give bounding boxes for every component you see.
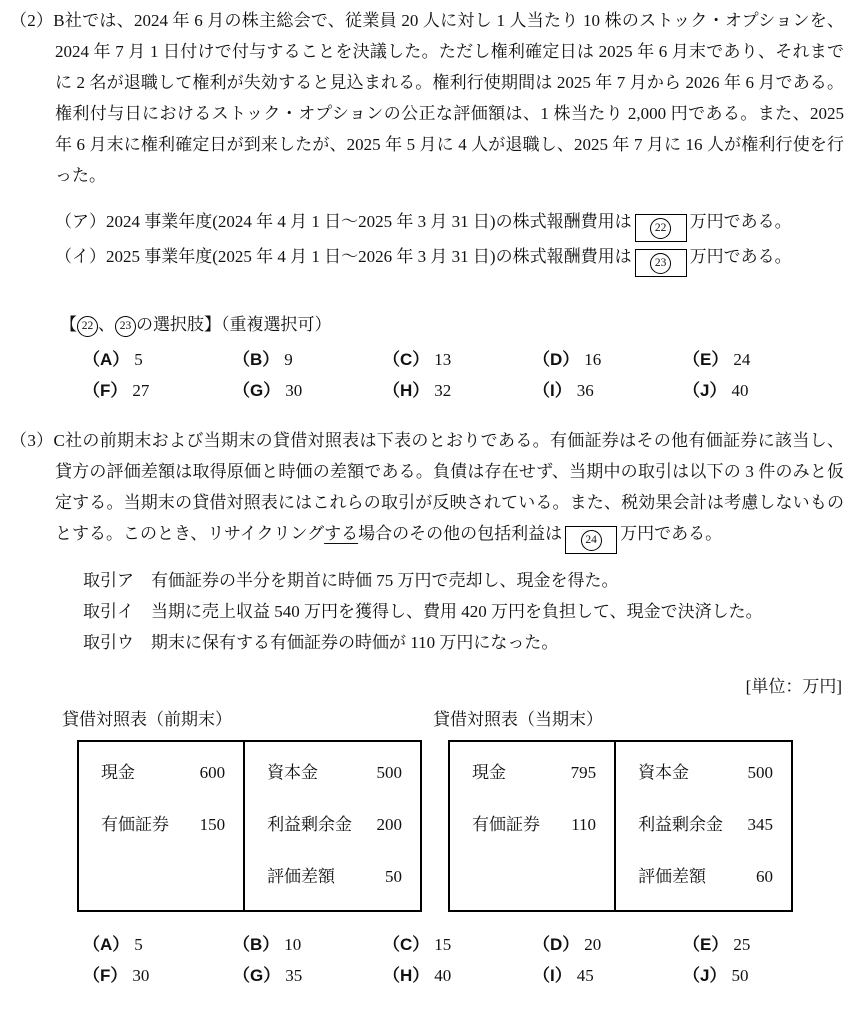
subitem-a-suffix: 万円である。 — [690, 212, 792, 231]
answer-box-23: 23 — [635, 249, 687, 277]
choices-header-note: （重複選択可） — [221, 315, 332, 334]
unit-label: [単位：万円] — [10, 672, 844, 703]
subitem-a-text: 2024 事業年度(2024 年 4 月 1 日～2025 年 3 月 31 日… — [106, 212, 632, 231]
subitem-a: （ア）2024 事業年度(2024 年 4 月 1 日～2025 年 3 月 3… — [10, 207, 844, 242]
transaction-i: 取引イ 当期に売上収益 540 万円を獲得し、費用 420 万円を負担して、現金… — [83, 597, 844, 628]
problem3-paragraph: （3）C社の前期末および当期末の貸借対照表は下表のとおりである。有価証券はその他… — [10, 426, 844, 554]
circled-number-22: 22 — [650, 218, 671, 239]
subitem-i-label: （イ） — [55, 247, 106, 266]
circled-number-24: 24 — [581, 530, 602, 551]
choice-option-j: （J）50 — [683, 961, 833, 992]
balance-sheet-prior: 貸借対照表（前期末） 現金600 有価証券150 資本金500 利益剰余金200… — [62, 706, 422, 912]
choice-option-d: （D）20 — [533, 930, 683, 961]
choices-row-2: （F）30 （G）35 （H）40 （I）45 （J）50 — [83, 961, 844, 992]
choice-option-b: （B）10 — [233, 930, 383, 961]
table-row: 有価証券150 — [101, 810, 225, 841]
problem2-subitems: （ア）2024 事業年度(2024 年 4 月 1 日～2025 年 3 月 3… — [10, 207, 844, 277]
choices-header-close-bracket: の選択肢】 — [136, 315, 221, 334]
transaction-u: 取引ウ 期末に保有する有価証券の時価が 110 万円になった。 — [83, 628, 844, 659]
assets-column: 現金795 有価証券110 — [450, 742, 616, 910]
choices-grid-24: （A）5 （B）10 （C）15 （D）20 （E）25 （F）30 （G）35… — [83, 930, 844, 992]
choices-row-1: （A）5 （B）9 （C）13 （D）16 （E）24 — [83, 345, 844, 376]
choice-option-a: （A）5 — [83, 345, 233, 376]
choice-option-c: （C）15 — [383, 930, 533, 961]
table-row: 評価差額50 — [267, 862, 402, 893]
exam-page: （2）B社では、2024 年 6 月の株主総会で、従業員 20 人に対し 1 人… — [0, 0, 858, 1024]
transactions-list: 取引ア 有価証券の半分を期首に時価 75 万円で売却し、現金を得た。 取引イ 当… — [83, 566, 844, 659]
assets-column: 現金600 有価証券150 — [79, 742, 245, 910]
table-row: 現金795 — [472, 758, 596, 789]
choice-option-j: （J）40 — [683, 376, 833, 407]
subitem-i-suffix: 万円である。 — [690, 247, 792, 266]
choice-option-g: （G）35 — [233, 961, 383, 992]
problem3-body2: 場合のその他の包括利益は — [358, 524, 562, 543]
circled-number-23: 23 — [650, 253, 671, 274]
choice-option-d: （D）16 — [533, 345, 683, 376]
equity-column: 資本金500 利益剰余金200 評価差額50 — [245, 742, 420, 910]
choices-header-22-23: 【22、23の選択肢】（重複選択可） — [60, 310, 844, 341]
choice-option-e: （E）25 — [683, 930, 833, 961]
table-row: 有価証券110 — [472, 810, 596, 841]
balance-sheet-current-title: 貸借対照表（当期末） — [433, 706, 793, 735]
choice-option-i: （I）36 — [533, 376, 683, 407]
table-row: 利益剰余金200 — [267, 810, 402, 841]
problem3-body3: 万円である。 — [620, 524, 722, 543]
balance-sheet-current: 貸借対照表（当期末） 現金795 有価証券110 資本金500 利益剰余金345… — [433, 706, 793, 912]
problem2-paragraph: （2）B社では、2024 年 6 月の株主総会で、従業員 20 人に対し 1 人… — [10, 6, 844, 192]
answer-box-22: 22 — [635, 214, 687, 242]
choice-option-f: （F）30 — [83, 961, 233, 992]
table-row: 資本金500 — [638, 758, 773, 789]
circled-number-22-ref: 22 — [77, 316, 98, 337]
choice-option-a: （A）5 — [83, 930, 233, 961]
subitem-i: （イ）2025 事業年度(2025 年 4 月 1 日～2026 年 3 月 3… — [10, 242, 844, 277]
answer-box-24: 24 — [565, 526, 617, 554]
equity-column: 資本金500 利益剰余金345 評価差額60 — [616, 742, 791, 910]
table-row: 現金600 — [101, 758, 225, 789]
problem2-number: （2） — [10, 11, 53, 30]
table-row: 評価差額60 — [638, 862, 773, 893]
table-row: 資本金500 — [267, 758, 402, 789]
choice-option-h: （H）40 — [383, 961, 533, 992]
choice-option-f: （F）27 — [83, 376, 233, 407]
choice-option-g: （G）30 — [233, 376, 383, 407]
circled-number-23-ref: 23 — [115, 316, 136, 337]
problem2-body: B社では、2024 年 6 月の株主総会で、従業員 20 人に対し 1 人当たり… — [53, 11, 844, 185]
choices-row-1: （A）5 （B）10 （C）15 （D）20 （E）25 — [83, 930, 844, 961]
balance-sheet-prior-title: 貸借対照表（前期末） — [62, 706, 422, 735]
table-row: 利益剰余金345 — [638, 810, 773, 841]
choices-header-comma: 、 — [98, 315, 115, 334]
problem3-number: （3） — [10, 431, 53, 450]
subitem-i-text: 2025 事業年度(2025 年 4 月 1 日～2026 年 3 月 31 日… — [106, 247, 632, 266]
choices-header-open-bracket: 【 — [60, 315, 77, 334]
transaction-a: 取引ア 有価証券の半分を期首に時価 75 万円で売却し、現金を得た。 — [83, 566, 844, 597]
balance-sheet-current-table: 現金795 有価証券110 資本金500 利益剰余金345 評価差額60 — [448, 740, 793, 912]
choices-grid-22-23: （A）5 （B）9 （C）13 （D）16 （E）24 （F）27 （G）30 … — [83, 345, 844, 407]
choices-row-2: （F）27 （G）30 （H）32 （I）36 （J）40 — [83, 376, 844, 407]
choice-option-b: （B）9 — [233, 345, 383, 376]
subitem-a-label: （ア） — [55, 212, 106, 231]
choice-option-c: （C）13 — [383, 345, 533, 376]
choice-option-i: （I）45 — [533, 961, 683, 992]
choice-option-e: （E）24 — [683, 345, 833, 376]
problem3-underlined-word: する — [324, 524, 358, 543]
choice-option-h: （H）32 — [383, 376, 533, 407]
balance-sheet-prior-table: 現金600 有価証券150 資本金500 利益剰余金200 評価差額50 — [77, 740, 422, 912]
balance-sheets: 貸借対照表（前期末） 現金600 有価証券150 資本金500 利益剰余金200… — [62, 706, 844, 912]
